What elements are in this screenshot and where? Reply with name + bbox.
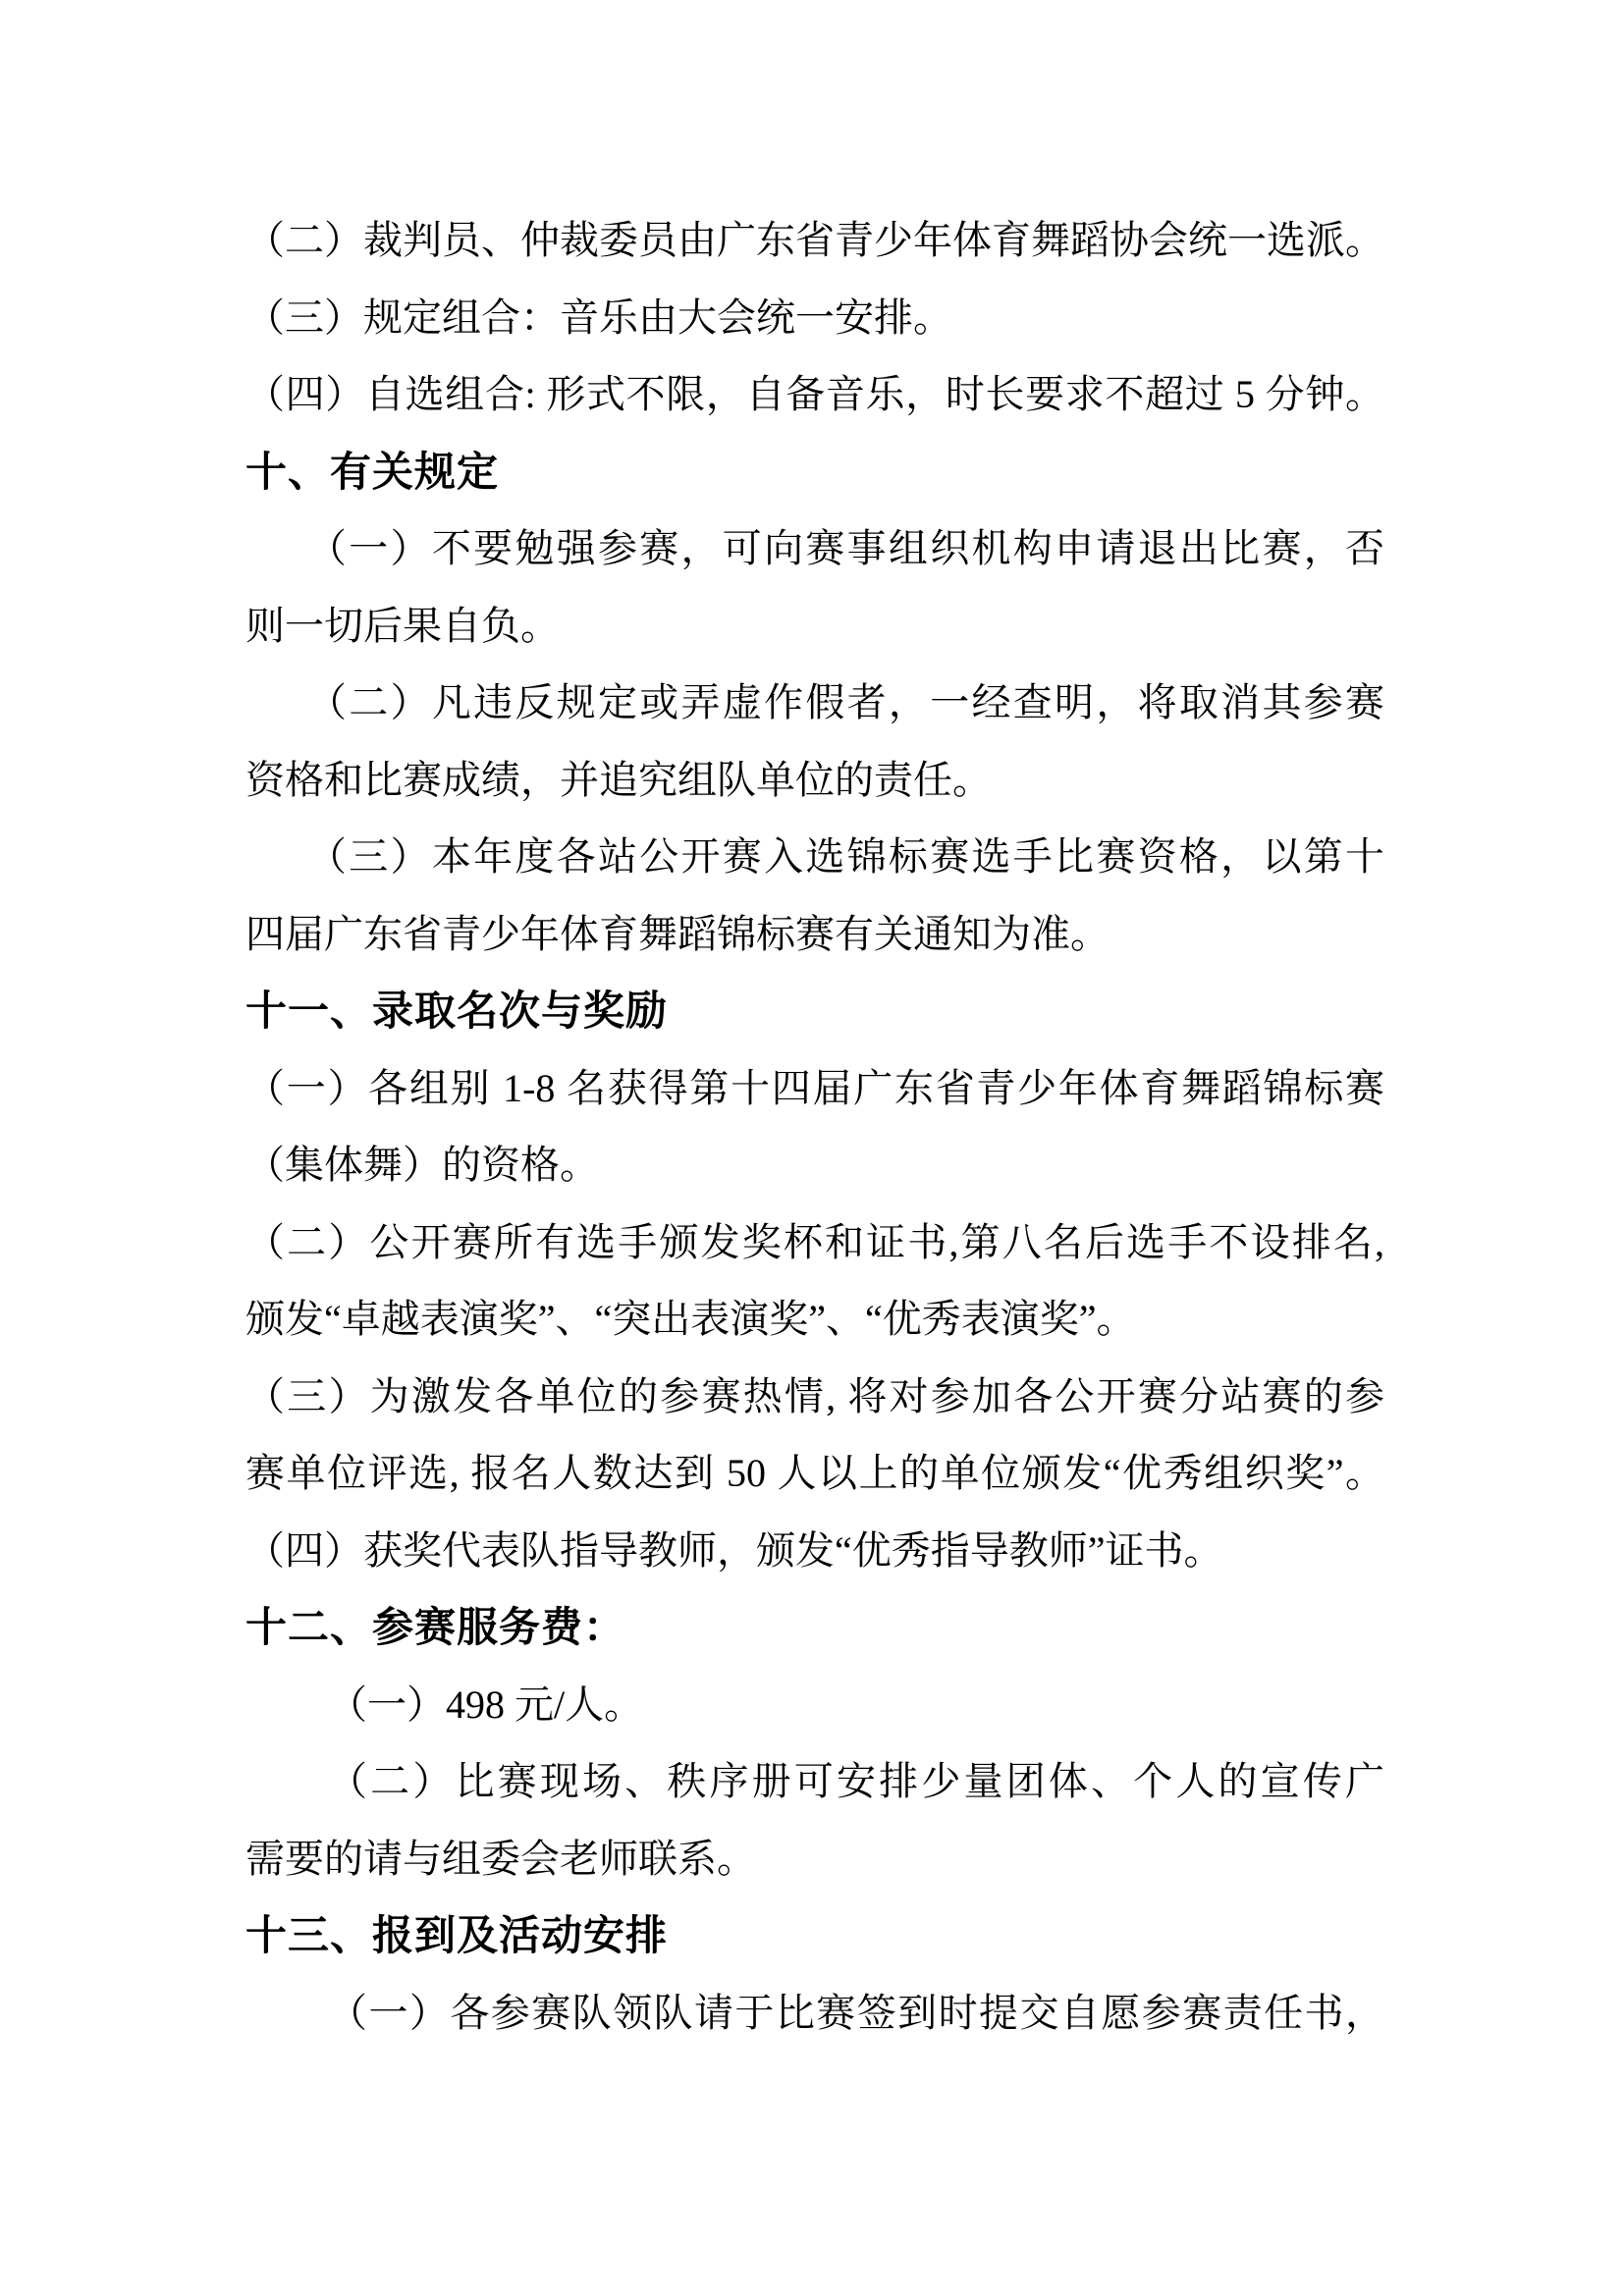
document-line: 则一切后果自负。	[245, 588, 1384, 666]
document-line: 需要的请与组委会老师联系。	[245, 1821, 1384, 1898]
document-line: 资格和比赛成绩，并追究组队单位的责任。	[245, 742, 1384, 820]
section-heading: 十、有关规定	[245, 434, 1384, 511]
document-line: （二）裁判员、仲裁委员由广东省青少年体育舞蹈协会统一选派。	[245, 202, 1384, 280]
document-line: 赛单位评选, 报名人数达到 50 人以上的单位颁发“优秀组织奖”。	[245, 1435, 1384, 1513]
document-line: （三）为激发各单位的参赛热情, 将对参加各公开赛分站赛的参	[245, 1359, 1384, 1436]
section-heading: 十三、报到及活动安排	[245, 1897, 1384, 1975]
document-line: （三）规定组合：音乐由大会统一安排。	[245, 280, 1384, 357]
document-line: （二）比赛现场、秩序册可安排少量团体、个人的宣传广告。	[245, 1743, 1384, 1821]
document-line: （二）公开赛所有选手颁发奖杯和证书,第八名后选手不设排名,	[245, 1204, 1384, 1282]
document-line: 四届广东省青少年体育舞蹈锦标赛有关通知为准。	[245, 896, 1384, 974]
document-content: （二）裁判员、仲裁委员由广东省青少年体育舞蹈协会统一选派。（三）规定组合：音乐由…	[245, 202, 1384, 2052]
document-line: （一）各参赛队领队请于比赛签到时提交自愿参赛责任书，	[245, 1975, 1384, 2053]
section-heading: 十一、录取名次与奖励	[245, 973, 1384, 1050]
document-line: （四）自选组合: 形式不限，自备音乐，时长要求不超过 5 分钟。	[245, 356, 1384, 434]
document-line: （集体舞）的资格。	[245, 1127, 1384, 1204]
document-page: （二）裁判员、仲裁委员由广东省青少年体育舞蹈协会统一选派。（三）规定组合：音乐由…	[0, 0, 1624, 2296]
document-line: （一）各组别 1-8 名获得第十四届广东省青少年体育舞蹈锦标赛	[245, 1050, 1384, 1128]
document-line: （一）不要勉强参赛，可向赛事组织机构申请退出比赛，否	[245, 510, 1384, 588]
document-line: 颁发“卓越表演奖”、“突出表演奖”、“优秀表演奖”。	[245, 1281, 1384, 1359]
section-heading: 十二、参赛服务费：	[245, 1589, 1384, 1667]
document-line: （二）凡违反规定或弄虚作假者，一经查明，将取消其参赛	[245, 665, 1384, 742]
document-line: （三）本年度各站公开赛入选锦标赛选手比赛资格，以第十	[245, 819, 1384, 896]
document-line: （四）获奖代表队指导教师，颁发“优秀指导教师”证书。	[245, 1513, 1384, 1590]
document-line: （一）498 元/人。	[245, 1667, 1384, 1744]
